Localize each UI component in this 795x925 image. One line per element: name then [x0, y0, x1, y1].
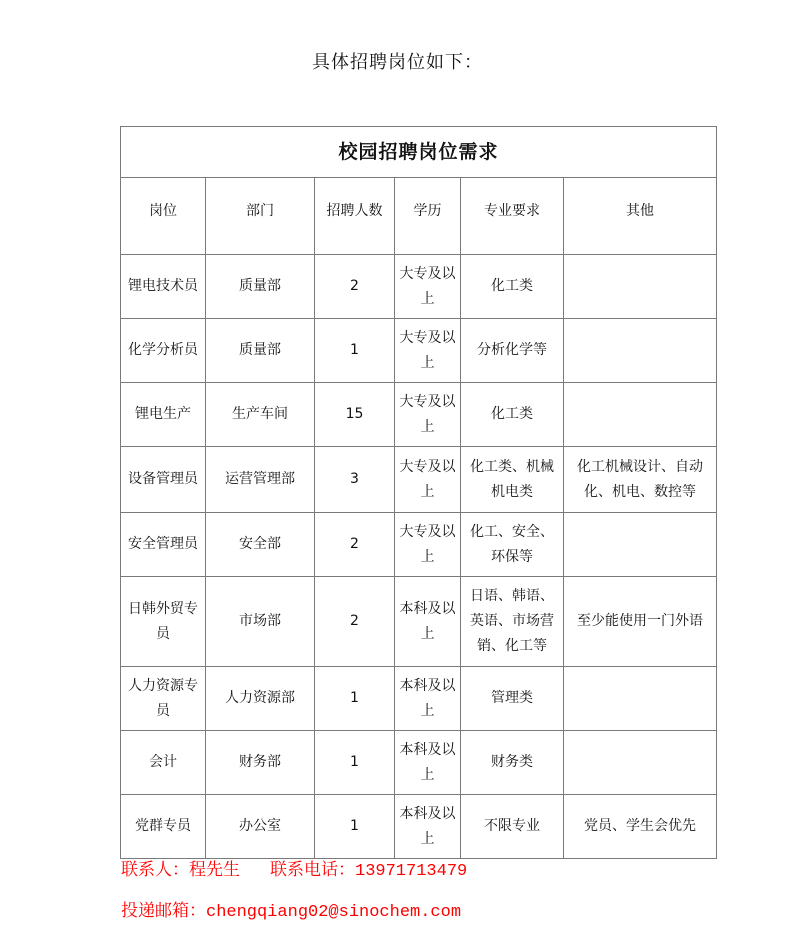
- cell-education: 本科及以上: [395, 795, 461, 859]
- header-count: 招聘人数: [315, 178, 395, 255]
- cell-department: 运营管理部: [206, 447, 315, 513]
- table-row: 日韩外贸专员 市场部 2 本科及以上 日语、韩语、英语、市场营销、化工等 至少能…: [121, 577, 717, 667]
- cell-count: 1: [315, 731, 395, 795]
- cell-education: 大专及以上: [395, 447, 461, 513]
- table-header-row: 岗位 部门 招聘人数 学历 专业要求 其他: [121, 178, 717, 255]
- contact-phone: 13971713479: [355, 862, 467, 881]
- cell-position: 人力资源专员: [121, 667, 206, 731]
- contact-person: 程先生: [189, 860, 240, 880]
- cell-education: 本科及以上: [395, 577, 461, 667]
- email-label: 投递邮箱：: [121, 901, 206, 921]
- cell-major: 日语、韩语、英语、市场营销、化工等: [461, 577, 564, 667]
- cell-education: 大专及以上: [395, 383, 461, 447]
- cell-position: 党群专员: [121, 795, 206, 859]
- cell-count: 3: [315, 447, 395, 513]
- cell-department: 人力资源部: [206, 667, 315, 731]
- table-title: 校园招聘岗位需求: [121, 127, 717, 178]
- cell-education: 本科及以上: [395, 667, 461, 731]
- cell-other: 化工机械设计、自动化、机电、数控等: [564, 447, 717, 513]
- cell-other: [564, 383, 717, 447]
- cell-other: [564, 667, 717, 731]
- cell-major: 财务类: [461, 731, 564, 795]
- table-row: 会计 财务部 1 本科及以上 财务类: [121, 731, 717, 795]
- cell-position: 锂电技术员: [121, 255, 206, 319]
- cell-count: 2: [315, 513, 395, 577]
- cell-major: 化工、安全、环保等: [461, 513, 564, 577]
- cell-other: [564, 255, 717, 319]
- cell-other: [564, 731, 717, 795]
- cell-department: 生产车间: [206, 383, 315, 447]
- table-row: 安全管理员 安全部 2 大专及以上 化工、安全、环保等: [121, 513, 717, 577]
- cell-count: 2: [315, 255, 395, 319]
- cell-count: 2: [315, 577, 395, 667]
- cell-major: 不限专业: [461, 795, 564, 859]
- cell-department: 质量部: [206, 255, 315, 319]
- email-line: 投递邮箱：chengqiang02@sinochem.com: [121, 896, 461, 922]
- cell-education: 本科及以上: [395, 731, 461, 795]
- cell-position: 会计: [121, 731, 206, 795]
- header-other: 其他: [564, 178, 717, 255]
- cell-major: 管理类: [461, 667, 564, 731]
- intro-text: 具体招聘岗位如下：: [0, 48, 795, 74]
- cell-position: 安全管理员: [121, 513, 206, 577]
- table-row: 人力资源专员 人力资源部 1 本科及以上 管理类: [121, 667, 717, 731]
- cell-department: 安全部: [206, 513, 315, 577]
- cell-position: 锂电生产: [121, 383, 206, 447]
- table-row: 锂电生产 生产车间 15 大专及以上 化工类: [121, 383, 717, 447]
- cell-major: 分析化学等: [461, 319, 564, 383]
- cell-department: 市场部: [206, 577, 315, 667]
- cell-education: 大专及以上: [395, 513, 461, 577]
- table-row: 化学分析员 质量部 1 大专及以上 分析化学等: [121, 319, 717, 383]
- cell-other: [564, 319, 717, 383]
- email-address: chengqiang02@sinochem.com: [206, 903, 461, 922]
- cell-other: [564, 513, 717, 577]
- cell-position: 设备管理员: [121, 447, 206, 513]
- cell-count: 1: [315, 667, 395, 731]
- cell-position: 日韩外贸专员: [121, 577, 206, 667]
- cell-education: 大专及以上: [395, 319, 461, 383]
- cell-count: 15: [315, 383, 395, 447]
- cell-major: 化工类: [461, 383, 564, 447]
- header-major: 专业要求: [461, 178, 564, 255]
- table-row: 党群专员 办公室 1 本科及以上 不限专业 党员、学生会优先: [121, 795, 717, 859]
- cell-department: 办公室: [206, 795, 315, 859]
- contact-line: 联系人：程先生联系电话：13971713479: [121, 855, 467, 881]
- cell-count: 1: [315, 319, 395, 383]
- header-position: 岗位: [121, 178, 206, 255]
- cell-education: 大专及以上: [395, 255, 461, 319]
- cell-position: 化学分析员: [121, 319, 206, 383]
- cell-count: 1: [315, 795, 395, 859]
- cell-department: 质量部: [206, 319, 315, 383]
- contact-person-label: 联系人：: [121, 860, 189, 880]
- contact-phone-label: 联系电话：: [270, 860, 355, 880]
- header-education: 学历: [395, 178, 461, 255]
- cell-department: 财务部: [206, 731, 315, 795]
- header-department: 部门: [206, 178, 315, 255]
- cell-other: 至少能使用一门外语: [564, 577, 717, 667]
- table-row: 设备管理员 运营管理部 3 大专及以上 化工类、机械机电类 化工机械设计、自动化…: [121, 447, 717, 513]
- cell-major: 化工类: [461, 255, 564, 319]
- cell-major: 化工类、机械机电类: [461, 447, 564, 513]
- table-row: 锂电技术员 质量部 2 大专及以上 化工类: [121, 255, 717, 319]
- recruitment-table: 校园招聘岗位需求 岗位 部门 招聘人数 学历 专业要求 其他 锂电技术员 质量部…: [120, 126, 717, 859]
- cell-other: 党员、学生会优先: [564, 795, 717, 859]
